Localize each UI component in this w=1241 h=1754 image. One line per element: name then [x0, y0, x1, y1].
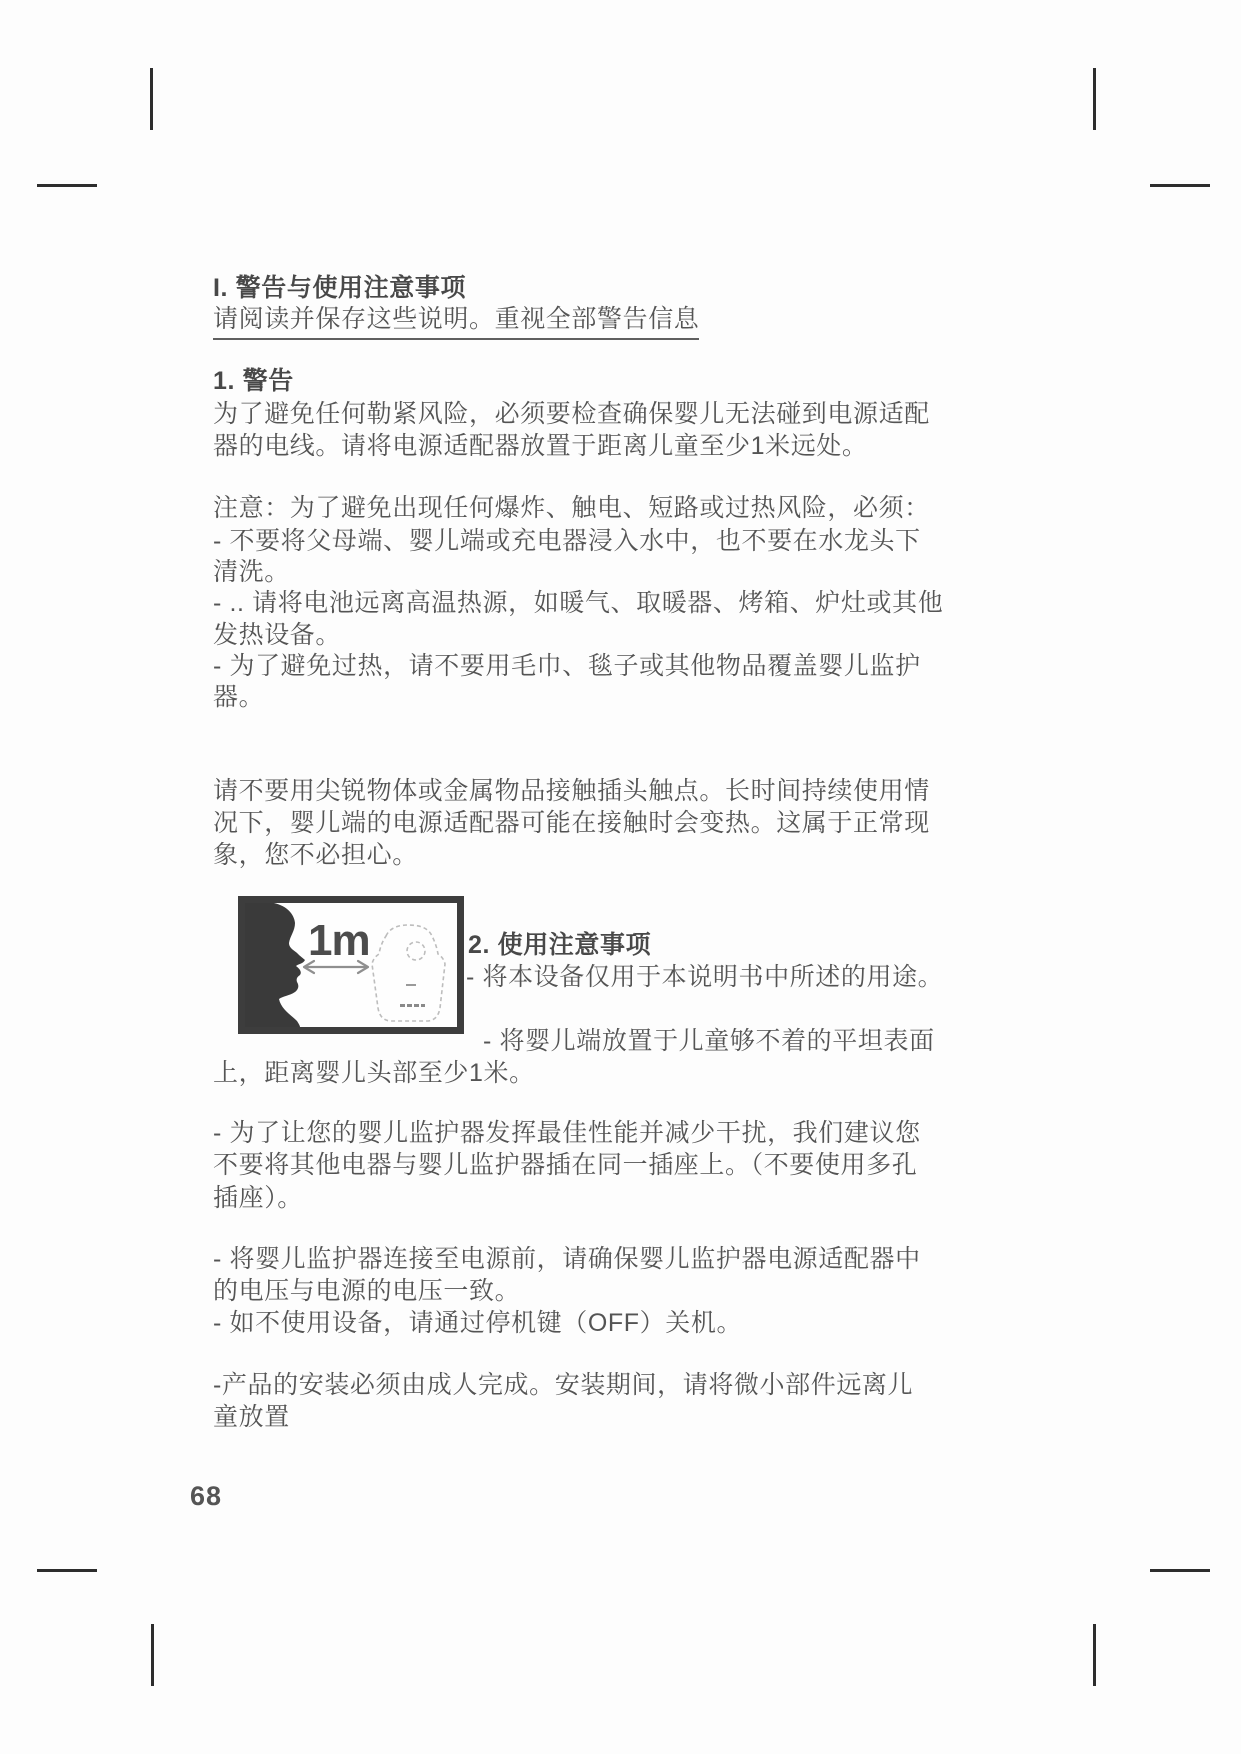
notice-line: - .. 请将电池远离高温热源，如暖气、取暖器、烤箱、炉灶或其他: [213, 588, 943, 618]
crop-mark-bottom-right-horizontal: [1150, 1569, 1210, 1572]
warning-paragraph-line: 为了避免任何勒紧风险，必须要检查确保婴儿无法碰到电源适配: [213, 399, 930, 429]
usage-heading: 2. 使用注意事项: [468, 930, 651, 960]
section-title: I. 警告与使用注意事项: [213, 273, 466, 303]
crop-mark-top-left-vertical: [150, 68, 153, 130]
crop-mark-top-right-horizontal: [1150, 184, 1210, 187]
warning-heading: 1. 警告: [213, 366, 294, 396]
crop-mark-top-left-horizontal: [37, 184, 97, 187]
crop-mark-bottom-right-vertical: [1093, 1624, 1096, 1686]
usage-item: - 将婴儿监护器连接至电源前，请确保婴儿监护器电源适配器中: [213, 1244, 921, 1274]
usage-item: 插座）。: [213, 1183, 303, 1213]
notice-line: 器。: [213, 682, 264, 712]
read-save-instructions-note: 请阅读并保存这些说明。重视全部警告信息: [213, 304, 699, 340]
usage-item: - 如不使用设备，请通过停机键（OFF）关机。: [213, 1308, 742, 1338]
plug-contact-paragraph-line: 请不要用尖锐物体或金属物品接触插头触点。长时间持续使用情: [213, 776, 930, 806]
usage-item: 的电压与电源的电压一致。: [213, 1276, 520, 1306]
page-number: 68: [190, 1481, 222, 1512]
notice-line: 发热设备。: [213, 620, 341, 650]
distance-label: 1m: [308, 916, 370, 965]
usage-item: -产品的安装必须由成人完成。安装期间，请将微小部件远离儿: [213, 1370, 913, 1400]
notice-line: 清洗。: [213, 557, 290, 587]
crop-mark-bottom-left-vertical: [151, 1624, 154, 1686]
plug-contact-paragraph-line: 况下，婴儿端的电源适配器可能在接触时会变热。这属于正常现: [213, 808, 930, 838]
notice-line: - 不要将父母端、婴儿端或充电器浸入水中，也不要在水龙头下: [213, 526, 921, 556]
crop-mark-bottom-left-horizontal: [37, 1569, 97, 1572]
distance-figure: 1m: [238, 896, 464, 1034]
usage-item: - 将婴儿端放置于儿童够不着的平坦表面: [483, 1026, 935, 1056]
usage-item: 童放置: [213, 1402, 290, 1432]
notice-line: - 为了避免过热，请不要用毛巾、毯子或其他物品覆盖婴儿监护: [213, 651, 921, 681]
plug-contact-paragraph-line: 象，您不必担心。: [213, 840, 418, 870]
crop-mark-top-right-vertical: [1093, 68, 1096, 130]
notice-line: 注意：为了避免出现任何爆炸、触电、短路或过热风险，必须：: [213, 493, 930, 523]
usage-item: 不要将其他电器与婴儿监护器插在同一插座上。（不要使用多孔: [213, 1150, 917, 1180]
warning-paragraph-line: 器的电线。请将电源适配器放置于距离儿童至少1米远处。: [213, 431, 868, 461]
usage-item: - 为了让您的婴儿监护器发挥最佳性能并减少干扰，我们建议您: [213, 1118, 921, 1148]
usage-item: - 将本设备仅用于本说明书中所述的用途。: [466, 962, 943, 992]
usage-item-continuation: 上，距离婴儿头部至少1米。: [213, 1058, 535, 1088]
manual-page: I. 警告与使用注意事项 请阅读并保存这些说明。重视全部警告信息 1. 警告 为…: [0, 0, 1241, 1754]
